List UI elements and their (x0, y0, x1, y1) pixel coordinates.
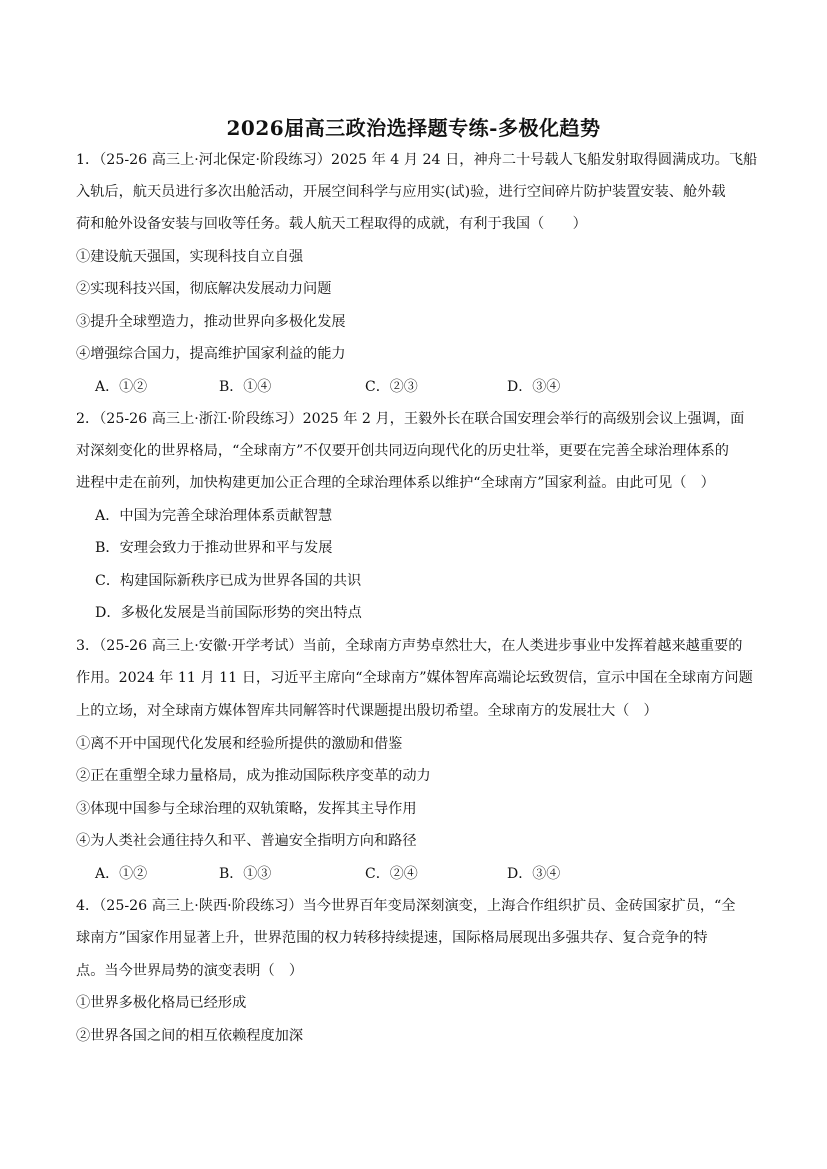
statement: ②实现科技兴国，彻底解决发展动力问题 (76, 279, 331, 299)
statement: ②世界各国之间的相互依赖程度加深 (76, 1026, 303, 1046)
option-d: D．③④ (507, 377, 560, 397)
question-stem-line: 入轨后，航天员进行多次出舱活动，开展空间科学与应用实(试)验，进行空间碎片防护装… (76, 182, 726, 202)
question-stem-line: 荷和舱外设备安装与回收等任务。载人航天工程取得的成就，有利于我国（ ） (76, 214, 587, 234)
question-stem-line: 4．（25-26 高三上·陕西·阶段练习）当今世界百年变局深刻演变，上海合作组织… (76, 896, 736, 916)
option-c: C．②④ (365, 864, 418, 884)
option-d: D．③④ (507, 864, 560, 884)
question-stem-line: 上的立场，对全球南方媒体智库共同解答时代课题提出殷切希望。全球南方的发展壮大（ … (76, 701, 658, 721)
statement: ②正在重塑全球力量格局，成为推动国际秩序变革的动力 (76, 766, 431, 786)
option-b: B．①④ (219, 377, 271, 397)
option-d: D．多极化发展是当前国际形势的突出特点 (95, 603, 362, 623)
question-stem-line: 球南方”国家作用显著上升，世界范围的权力转移持续提速，国际格局展现出多强共存、复… (76, 928, 708, 948)
question-stem-line: 作用。2024 年 11 月 11 日，习近平主席向“全球南方”媒体智库高端论坛… (76, 668, 753, 688)
option-a: A．中国为完善全球治理体系贡献智慧 (95, 506, 332, 526)
statement: ④为人类社会通往持久和平、普遍安全指明方向和路径 (76, 831, 417, 851)
statement: ④增强综合国力，提高维护国家利益的能力 (76, 344, 346, 364)
question-stem-line: 点。当今世界局势的演变表明（ ） (76, 961, 303, 981)
question-stem-line: 进程中走在前列，加快构建更加公正合理的全球治理体系以维护“全球南方”国家利益。由… (76, 473, 715, 493)
document-title: 2026届高三政治选择题专练-多极化趋势 (0, 112, 827, 141)
question-stem-line: 1．（25-26 高三上·河北保定·阶段练习）2025 年 4 月 24 日，神… (76, 150, 757, 170)
statement: ③体现中国参与全球治理的双轨策略，发挥其主导作用 (76, 799, 417, 819)
option-b: B．①③ (219, 864, 271, 884)
question-stem-line: 2．（25-26 高三上·浙江·阶段练习）2025 年 2 月，王毅外长在联合国… (76, 409, 744, 429)
option-c: C．②③ (365, 377, 418, 397)
statement: ①世界多极化格局已经形成 (76, 993, 246, 1013)
document-page: 2026届高三政治选择题专练-多极化趋势 1．（25-26 高三上·河北保定·阶… (0, 0, 827, 1169)
statement: ①建设航天强国，实现科技自立自强 (76, 247, 303, 267)
option-c: C．构建国际新秩序已成为世界各国的共识 (95, 571, 361, 591)
question-stem-line: 对深刻变化的世界格局，“全球南方”不仅要开创共同迈向现代化的历史壮举，更要在完善… (76, 441, 729, 461)
option-a: A．①② (95, 377, 147, 397)
statement: ③提升全球塑造力，推动世界向多极化发展 (76, 312, 346, 332)
question-stem-line: 3．（25-26 高三上·安徽·开学考试）当前，全球南方声势卓然壮大，在人类进步… (76, 636, 742, 656)
statement: ①离不开中国现代化发展和经验所提供的激励和借鉴 (76, 734, 402, 754)
option-b: B．安理会致力于推动世界和平与发展 (95, 538, 332, 558)
option-a: A．①② (95, 864, 147, 884)
